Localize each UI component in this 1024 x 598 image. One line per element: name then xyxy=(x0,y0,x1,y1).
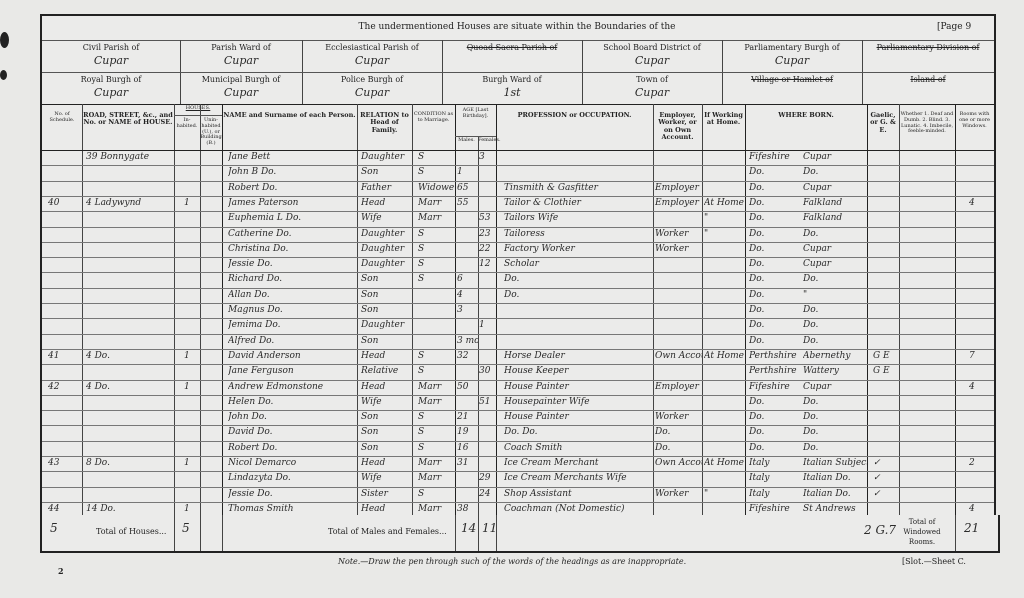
location-value: Cupar xyxy=(180,54,302,67)
name-cell: Euphemia L Do. xyxy=(228,211,354,226)
at-home-cell: " xyxy=(704,487,745,502)
age-male-cell: 55 xyxy=(457,196,478,211)
column-header-female: Females. xyxy=(478,138,496,144)
employer-cell: Worker xyxy=(655,487,702,502)
born-place-cell: " xyxy=(803,288,867,303)
born-place-cell: Cupar xyxy=(803,380,867,395)
name-cell: Jessie Do. xyxy=(228,257,354,272)
total-houses: 5 xyxy=(182,521,190,535)
age-female-cell: 51 xyxy=(479,395,496,410)
name-cell: John Do. xyxy=(228,410,354,425)
location-value: 1st xyxy=(442,86,582,99)
condition-cell: Marr xyxy=(418,380,454,395)
profession-cell: Ice Cream Merchants Wife xyxy=(504,471,652,486)
relation-cell: Head xyxy=(361,196,411,211)
relation-cell: Son xyxy=(361,272,411,287)
born-place-cell: Abernethy xyxy=(803,349,867,364)
name-cell: David Anderson xyxy=(228,349,354,364)
condition-cell: S xyxy=(418,441,454,456)
location-label: Municipal Burgh of xyxy=(180,75,302,84)
at-home-cell: At Home xyxy=(704,456,745,471)
condition-cell: Marr xyxy=(418,395,454,410)
age-male-cell: 3 mo xyxy=(457,334,478,349)
column-header-uninhab: Unin-habited (U.), or Building (B.) xyxy=(200,118,222,147)
footnote: Note.—Draw the pen through such of the w… xyxy=(338,557,686,566)
born-place-cell: Cupar xyxy=(803,150,867,165)
location-label: Parliamentary Burgh of xyxy=(722,43,862,52)
column-header-born: WHERE BORN. xyxy=(746,112,866,119)
born-county-cell: Do. xyxy=(749,303,803,318)
schedule-number: 41 xyxy=(48,349,78,364)
relation-cell: Son xyxy=(361,288,411,303)
location-label: Village or Hamlet of xyxy=(722,75,862,84)
name-cell: Jemima Do. xyxy=(228,318,354,333)
relation-cell: Daughter xyxy=(361,242,411,257)
condition-cell: S xyxy=(418,410,454,425)
age-male-cell: 50 xyxy=(457,380,478,395)
relation-cell: Sister xyxy=(361,487,411,502)
profession-cell: Do. xyxy=(504,288,652,303)
name-cell: Nicol Demarco xyxy=(228,456,354,471)
condition-cell: S xyxy=(418,227,454,242)
name-cell: Jessie Do. xyxy=(228,487,354,502)
employer-cell: Worker xyxy=(655,410,702,425)
born-place-cell: Cupar xyxy=(803,242,867,257)
born-place-cell: Italian Do. xyxy=(803,487,867,502)
totals-row: 5 Total of Houses... 5 Total of Males an… xyxy=(40,515,1000,553)
name-cell: Christina Do. xyxy=(228,242,354,257)
born-county-cell: Do. xyxy=(749,196,803,211)
born-county-cell: Perthshire xyxy=(749,349,803,364)
location-value: Cupar xyxy=(582,54,722,67)
schedule-number: 42 xyxy=(48,380,78,395)
rooms-cell: 7 xyxy=(969,349,989,364)
condition-cell: S xyxy=(418,257,454,272)
profession-cell: Tinsmith & Gasfitter xyxy=(504,181,652,196)
rooms-cell: 4 xyxy=(969,380,989,395)
location-label: Parliamentary Division of xyxy=(862,43,994,52)
age-female-cell: 29 xyxy=(479,471,496,486)
born-county-cell: Do. xyxy=(749,272,803,287)
at-home-cell: At Home xyxy=(704,349,745,364)
column-header-road: ROAD, STREET, &c., and No. or NAME of HO… xyxy=(83,112,173,127)
gaelic-cell: G E xyxy=(873,349,897,364)
gaelic-cell: ✓ xyxy=(873,487,897,502)
condition-cell: Marr xyxy=(418,456,454,471)
name-cell: Andrew Edmonstone xyxy=(228,380,354,395)
location-label: Royal Burgh of xyxy=(42,75,180,84)
age-male-cell: 4 xyxy=(457,288,478,303)
location-value: Cupar xyxy=(302,54,442,67)
relation-cell: Relative xyxy=(361,364,411,379)
age-female-cell: 12 xyxy=(479,257,496,272)
profession-cell: Do. Do. xyxy=(504,425,652,440)
total-rooms: 21 xyxy=(964,521,979,535)
employer-cell: Employer xyxy=(655,380,702,395)
condition-cell: S xyxy=(418,242,454,257)
schedule-number: 43 xyxy=(48,456,78,471)
name-cell: Richard Do. xyxy=(228,272,354,287)
relation-cell: Head xyxy=(361,456,411,471)
road-cell: 4 Do. xyxy=(86,349,172,364)
employer-cell: Worker xyxy=(655,242,702,257)
born-county-cell: Do. xyxy=(749,318,803,333)
born-county-cell: Do. xyxy=(749,242,803,257)
relation-cell: Daughter xyxy=(361,318,411,333)
employer-cell: Employer xyxy=(655,181,702,196)
born-county-cell: Do. xyxy=(749,441,803,456)
born-county-cell: Do. xyxy=(749,257,803,272)
at-home-cell: " xyxy=(704,227,745,242)
total-females: 11 xyxy=(482,521,497,535)
born-county-cell: Italy xyxy=(749,456,803,471)
born-place-cell: Do. xyxy=(803,334,867,349)
employer-cell: Own Account xyxy=(655,456,702,471)
column-header-male: Males. xyxy=(455,138,478,144)
condition-cell: S xyxy=(418,425,454,440)
born-place-cell: Do. xyxy=(803,318,867,333)
name-cell: Jane Bett xyxy=(228,150,354,165)
location-label: Island of xyxy=(862,75,994,84)
born-place-cell: Do. xyxy=(803,303,867,318)
tally-note: 2 G.7 xyxy=(864,523,896,537)
total-males: 14 xyxy=(461,521,476,535)
profession-cell: Horse Dealer xyxy=(504,349,652,364)
born-place-cell: Do. xyxy=(803,227,867,242)
born-county-cell: Do. xyxy=(749,165,803,180)
condition-cell: Marr xyxy=(418,211,454,226)
profession-cell: Tailor & Clothier xyxy=(504,196,652,211)
name-cell: Catherine Do. xyxy=(228,227,354,242)
location-label: Town of xyxy=(582,75,722,84)
total-rooms-label: Total of Windowed Rooms. xyxy=(900,517,944,547)
total-persons-label: Total of Males and Females... xyxy=(328,527,447,536)
profession-cell: Ice Cream Merchant xyxy=(504,456,652,471)
born-county-cell: Do. xyxy=(749,410,803,425)
profession-cell: Do. xyxy=(504,272,652,287)
born-place-cell: Italian Subject xyxy=(803,456,867,471)
location-value: Cupar xyxy=(582,86,722,99)
born-place-cell: Italian Do. xyxy=(803,471,867,486)
profession-cell: Factory Worker xyxy=(504,242,652,257)
location-label: Police Burgh of xyxy=(302,75,442,84)
inhabited-cell: 1 xyxy=(184,196,198,211)
relation-cell: Daughter xyxy=(361,227,411,242)
born-place-cell: Wattery xyxy=(803,364,867,379)
born-county-cell: Italy xyxy=(749,471,803,486)
profession-cell: House Painter xyxy=(504,380,652,395)
born-county-cell: Do. xyxy=(749,227,803,242)
relation-cell: Son xyxy=(361,410,411,425)
name-cell: Lindazyta Do. xyxy=(228,471,354,486)
at-home-cell: " xyxy=(704,211,745,226)
age-female-cell: 24 xyxy=(479,487,496,502)
condition-cell: Widower xyxy=(418,181,454,196)
column-header-infirmity: Whether 1. Deaf and Dumb. 2. Blind. 3. L… xyxy=(900,112,954,135)
total-houses-label: Total of Houses... xyxy=(96,527,166,536)
born-place-cell: Cupar xyxy=(803,181,867,196)
name-cell: Allan Do. xyxy=(228,288,354,303)
relation-cell: Son xyxy=(361,334,411,349)
relation-cell: Son xyxy=(361,441,411,456)
column-header-relation: RELATION to Head of Family. xyxy=(358,112,411,134)
gaelic-cell: ✓ xyxy=(873,471,897,486)
born-place-cell: Do. xyxy=(803,410,867,425)
margin-page-number: 2 xyxy=(58,566,64,576)
column-header-gaelic: Gaelic, or G. & E. xyxy=(868,112,898,134)
relation-cell: Wife xyxy=(361,395,411,410)
binding-hole xyxy=(0,70,7,80)
column-header-age: AGE [Last Birthday]. xyxy=(455,108,496,120)
sheet-reference: [Slot.—Sheet C. xyxy=(902,557,966,566)
age-male-cell: 65 xyxy=(457,181,478,196)
born-county-cell: Fifeshire xyxy=(749,150,803,165)
age-female-cell: 3 xyxy=(479,150,496,165)
location-value: Cupar xyxy=(42,86,180,99)
born-place-cell: Falkland xyxy=(803,196,867,211)
born-county-cell: Do. xyxy=(749,334,803,349)
name-cell: Jane Ferguson xyxy=(228,364,354,379)
name-cell: John B Do. xyxy=(228,165,354,180)
relation-cell: Wife xyxy=(361,211,411,226)
profession-cell: Coach Smith xyxy=(504,441,652,456)
age-female-cell: 23 xyxy=(479,227,496,242)
gaelic-cell: G E xyxy=(873,364,897,379)
condition-cell: S xyxy=(418,364,454,379)
age-female-cell: 53 xyxy=(479,211,496,226)
relation-cell: Son xyxy=(361,425,411,440)
age-male-cell: 3 xyxy=(457,303,478,318)
relation-cell: Wife xyxy=(361,471,411,486)
condition-cell: Marr xyxy=(418,196,454,211)
census-sheet: The undermentioned Houses are situate wi… xyxy=(40,14,996,518)
relation-cell: Head xyxy=(361,380,411,395)
location-label: Civil Parish of xyxy=(42,43,180,52)
born-place-cell: Do. xyxy=(803,425,867,440)
name-cell: Alfred Do. xyxy=(228,334,354,349)
condition-cell: S xyxy=(418,150,454,165)
name-cell: Helen Do. xyxy=(228,395,354,410)
employer-cell: Own Account xyxy=(655,349,702,364)
profession-cell: Tailoress xyxy=(504,227,652,242)
employer-cell: Employer xyxy=(655,196,702,211)
location-label: Parish Ward of xyxy=(180,43,302,52)
column-header-rooms: Rooms with one or more Windows. xyxy=(956,112,993,129)
born-county-cell: Do. xyxy=(749,425,803,440)
age-male-cell: 32 xyxy=(457,349,478,364)
age-male-cell: 19 xyxy=(457,425,478,440)
condition-cell: S xyxy=(418,272,454,287)
age-female-cell: 30 xyxy=(479,364,496,379)
schedule-number: 40 xyxy=(48,196,78,211)
profession-cell: Shop Assistant xyxy=(504,487,652,502)
banner-text: The undermentioned Houses are situate wi… xyxy=(192,22,842,32)
relation-cell: Father xyxy=(361,181,411,196)
road-cell: 39 Bonnygate xyxy=(86,150,172,165)
column-header-employer: Employer, Worker, or on Own Account. xyxy=(654,112,701,142)
name-cell: Magnus Do. xyxy=(228,303,354,318)
condition-cell: Marr xyxy=(418,471,454,486)
name-cell: Robert Do. xyxy=(228,181,354,196)
road-cell: 4 Do. xyxy=(86,380,172,395)
born-place-cell: Cupar xyxy=(803,257,867,272)
born-county-cell: Do. xyxy=(749,211,803,226)
relation-cell: Daughter xyxy=(361,257,411,272)
location-value: Cupar xyxy=(722,54,862,67)
relation-cell: Daughter xyxy=(361,150,411,165)
column-header-at_home: If Working at Home. xyxy=(703,112,744,127)
age-male-cell: 21 xyxy=(457,410,478,425)
profession-cell: House Painter xyxy=(504,410,652,425)
employer-cell: Worker xyxy=(655,227,702,242)
born-place-cell: Do. xyxy=(803,272,867,287)
rooms-cell: 4 xyxy=(969,196,989,211)
age-male-cell: 31 xyxy=(457,456,478,471)
age-male-cell: 6 xyxy=(457,272,478,287)
profession-cell: Scholar xyxy=(504,257,652,272)
condition-cell: S xyxy=(418,487,454,502)
column-header-condition: CONDITION as to Marriage. xyxy=(413,112,454,124)
profession-cell: Housepainter Wife xyxy=(504,395,652,410)
location-label: Burgh Ward of xyxy=(442,75,582,84)
born-county-cell: Do. xyxy=(749,395,803,410)
profession-cell: Tailors Wife xyxy=(504,211,652,226)
relation-cell: Head xyxy=(361,349,411,364)
inhabited-cell: 1 xyxy=(184,380,198,395)
column-header-schedule: No. of Schedule. xyxy=(43,112,81,124)
profession-cell: House Keeper xyxy=(504,364,652,379)
born-place-cell: Do. xyxy=(803,441,867,456)
born-county-cell: Perthshire xyxy=(749,364,803,379)
gaelic-cell: ✓ xyxy=(873,456,897,471)
location-label: Quoad Sacra Parish of xyxy=(442,43,582,52)
condition-cell: S xyxy=(418,349,454,364)
location-value: Cupar xyxy=(302,86,442,99)
location-value: Cupar xyxy=(42,54,180,67)
age-male-cell: 16 xyxy=(457,441,478,456)
total-schedules: 5 xyxy=(50,521,58,535)
born-place-cell: Falkland xyxy=(803,211,867,226)
name-cell: James Paterson xyxy=(228,196,354,211)
born-county-cell: Do. xyxy=(749,181,803,196)
relation-cell: Son xyxy=(361,165,411,180)
relation-cell: Son xyxy=(361,303,411,318)
column-header-houses: HOUSES. xyxy=(174,106,222,112)
inhabited-cell: 1 xyxy=(184,349,198,364)
page-number: [Page 9 xyxy=(937,22,971,32)
column-header-name: NAME and Surname of each Person. xyxy=(223,112,356,119)
location-label: Ecclesiastical Parish of xyxy=(302,43,442,52)
born-county-cell: Italy xyxy=(749,487,803,502)
name-cell: David Do. xyxy=(228,425,354,440)
employer-cell: Do. xyxy=(655,441,702,456)
rooms-cell: 2 xyxy=(969,456,989,471)
road-cell: 8 Do. xyxy=(86,456,172,471)
binding-hole xyxy=(0,32,9,48)
born-county-cell: Do. xyxy=(749,288,803,303)
born-county-cell: Fifeshire xyxy=(749,380,803,395)
inhabited-cell: 1 xyxy=(184,456,198,471)
name-cell: Robert Do. xyxy=(228,441,354,456)
column-header-inhabited: In-habited. xyxy=(174,118,200,130)
condition-cell: S xyxy=(418,165,454,180)
born-place-cell: Do. xyxy=(803,395,867,410)
age-male-cell: 1 xyxy=(457,165,478,180)
at-home-cell: At Home xyxy=(704,196,745,211)
employer-cell: Do. xyxy=(655,425,702,440)
age-female-cell: 1 xyxy=(479,318,496,333)
location-label: School Board District of xyxy=(582,43,722,52)
road-cell: 4 Ladywynd xyxy=(86,196,172,211)
age-female-cell: 22 xyxy=(479,242,496,257)
born-place-cell: Do. xyxy=(803,165,867,180)
location-value: Cupar xyxy=(180,86,302,99)
column-header-profession: PROFESSION or OCCUPATION. xyxy=(497,112,652,119)
